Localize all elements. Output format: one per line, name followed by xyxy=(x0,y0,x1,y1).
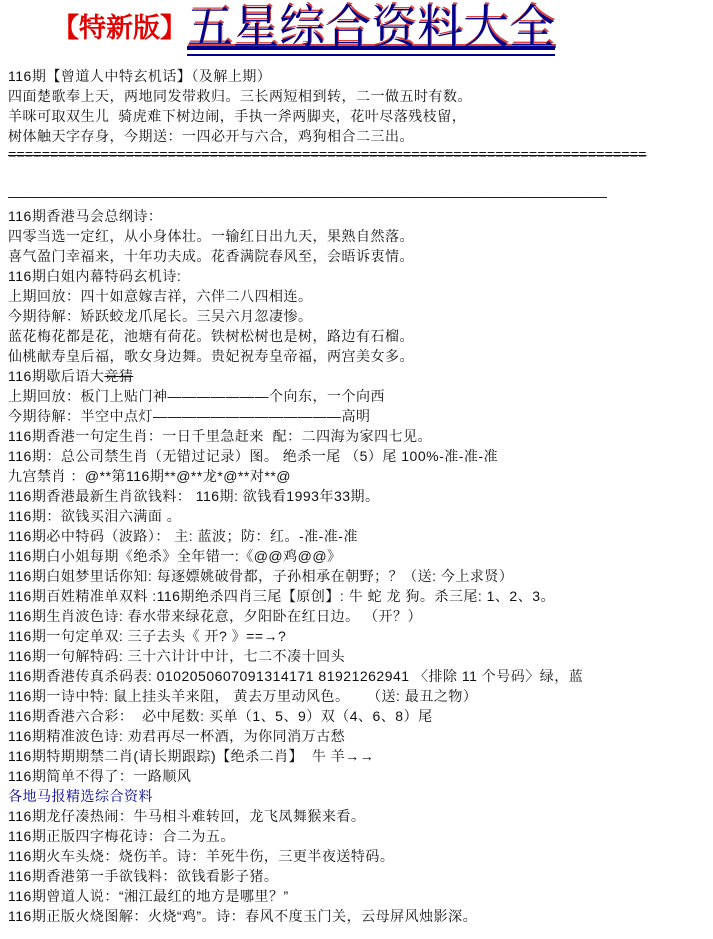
text-line: 116期香港传真杀码表: 0102050607091314171 8192126… xyxy=(8,666,713,686)
text-line: 四面楚歌奉上天，两地同发带救归。三长两短相到转，二一做五时有数。 xyxy=(8,86,713,106)
text-line: 116期香港最新生肖欲钱料： 116期: 欲钱看1993年33期。 xyxy=(8,486,713,506)
text-line: 116期简单不得了：一路顺风 xyxy=(8,766,713,786)
text-line: 116期曾道人说：“湘江最红的地方是哪里？” xyxy=(8,886,713,906)
text-line: 116期龙仔凑热闹：牛马相斗难转回，龙飞凤舞猴来看。 xyxy=(8,806,713,826)
text-line: 116期歇后语大竞猜 xyxy=(8,366,713,386)
edition-badge: 【特新版】 xyxy=(52,13,187,43)
text-line: 116期正版四字梅花诗：合二为五。 xyxy=(8,826,713,846)
equals-separator: ========================================… xyxy=(8,146,713,166)
text-line: 116期香港第一手欲钱料：欲钱看影子猪。 xyxy=(8,866,713,886)
text-line: 116期精准波色诗: 劝君再尽一杯酒，为你同消万古愁 xyxy=(8,726,713,746)
page-header: 【特新版】五星综合资料大全 xyxy=(0,0,713,62)
text-line: 116期特期期禁二肖(请长期跟踪)【绝杀二肖】 牛 羊→→ xyxy=(8,746,713,766)
text-line: 上期回放：板门上贴门神———————个向东，一个向西 xyxy=(8,386,713,406)
dash-separator: ————————————————————————————————————————… xyxy=(8,186,713,206)
text-line: 116期白小姐每期《绝杀》全年错一:《@@鸡@@》 xyxy=(8,546,713,566)
text-line: 116期【曾道人中特玄机话】（及解上期） xyxy=(8,66,713,86)
text-line: 九宫禁肖 ：@**第116期**@**龙*@**对**@ xyxy=(8,466,713,486)
text-line: 116期一句解特码: 三十六计计中计，七二不凑十回头 xyxy=(8,646,713,666)
text-line: 116期香港六合彩： 必中尾数: 买单（1、5、9）双（4、6、8）尾 xyxy=(8,706,713,726)
text-line: 116期必中特码（波路）： 主: 蓝波；防：红。-准-准-准 xyxy=(8,526,713,546)
text-line: 树体触天字存身，今期送：一四必开与六合，鸡狗相合二三出。 xyxy=(8,126,713,146)
text-line: 蓝花梅花都是花，池塘有荷花。铁树松树也是树，路边有石榴。 xyxy=(8,326,713,346)
text-line: 喜气盈门幸福来，十年功夫成。花香满院春风至，会晤诉衷情。 xyxy=(8,246,713,266)
text-line: 116期一诗中特: 鼠上挂头羊来阻， 黄去万里动风色。 （送: 最丑之物） xyxy=(8,686,713,706)
text-line: 116期香港马会总纲诗： xyxy=(8,206,713,226)
page-title[interactable]: 五星综合资料大全 xyxy=(187,2,555,56)
text-line: 116期白姐内幕特码玄机诗: xyxy=(8,266,713,286)
text-line: 上期回放：四十如意嫁吉祥，六伴二八四相连。 xyxy=(8,286,713,306)
text-line: 116期：欲钱买泪六满面 。 xyxy=(8,506,713,526)
text-line: 仙桃献寿皇后福，歌女身边舞。贵妃祝寿皇帝福，两宫美女多。 xyxy=(8,346,713,366)
text-line: 116期香港一句定生肖：一日千里急赶来 配：二四海为家四七见。 xyxy=(8,426,713,446)
text-line: 羊咪可取双生儿 骑虎难下树边闹，手执一斧两脚夹，花叶尽落残枝留， xyxy=(8,106,713,126)
section-heading: 各地马报精选综合资料 xyxy=(8,786,713,806)
text-line: 四零当选一定红，从小身体壮。一输红日出九天，果熟自然落。 xyxy=(8,226,713,246)
text-line: 116期生肖波色诗: 春水带来绿花意，夕阳卧在红日边。 （开？） xyxy=(8,606,713,626)
struck-text: 竞猜 xyxy=(104,368,133,384)
text-line: 116期火车头烧：烧伤羊。诗：羊死牛伤，三更半夜送特码。 xyxy=(8,846,713,866)
content-lines: 116期【曾道人中特玄机话】（及解上期）四面楚歌奉上天，两地同发带救归。三长两短… xyxy=(0,62,713,926)
text-line: 116期：总公司禁生肖（无错过记录）图。 绝杀一尾 （5）尾 100%-准-准-… xyxy=(8,446,713,466)
text-line: 今期待解：矫跃蛟龙爪尾长。三吴六月忽凄惨。 xyxy=(8,306,713,326)
text-line: 116期一句定单双: 三子去头《 开? 》==→? xyxy=(8,626,713,646)
blank-line xyxy=(8,166,713,186)
text-line: 116期百姓精准单双料 :116期绝杀四肖三尾【原创】: 牛 蛇 龙 狗。杀三尾… xyxy=(8,586,713,606)
text-line: 116期白姐梦里话你知: 每逐嫖姚破骨都，子孙相承在朝野；？（送: 今上求贤） xyxy=(8,566,713,586)
text-line: 今期待解：半空中点灯—————————————高明 xyxy=(8,406,713,426)
text-line: 116期正版火烧图解：火烧“鸡”。诗：春风不度玉门关，云母屏风烛影深。 xyxy=(8,906,713,926)
